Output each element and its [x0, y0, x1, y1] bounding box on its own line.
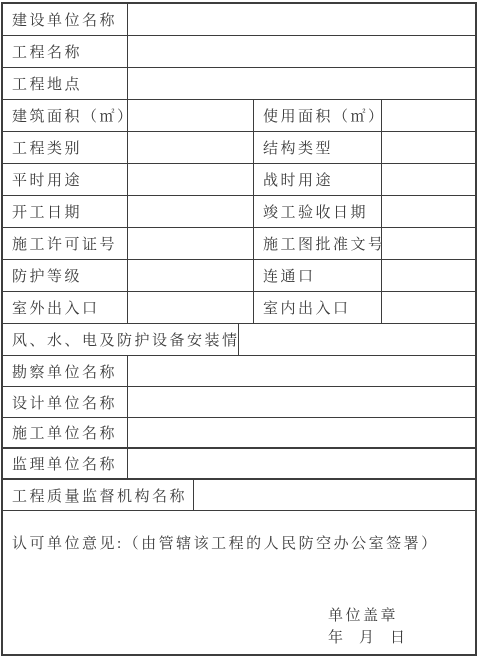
- construction-permit-no-field[interactable]: [128, 228, 254, 259]
- start-date-label: 开工日期: [3, 196, 128, 227]
- floor-area-label: 建筑面积（㎡）: [3, 100, 128, 131]
- project-location-label: 工程地点: [3, 68, 128, 99]
- day-label: 日: [390, 627, 405, 649]
- peacetime-use-field[interactable]: [128, 164, 254, 195]
- builder-unit-name-label: 施工单位名称: [3, 418, 128, 447]
- registration-form-table: 建设单位名称 工程名称 工程地点 建筑面积（㎡） 使用面积（㎡） 工程类别 结构…: [1, 2, 477, 656]
- row-project-name: 工程名称: [3, 36, 475, 68]
- construction-unit-name-label: 建设单位名称: [3, 4, 128, 35]
- year-label: 年: [328, 627, 343, 649]
- seal-and-date-block: 单位盖章 年 月 日: [328, 605, 405, 649]
- row-supervision-unit-name: 监理单位名称: [3, 449, 475, 480]
- floor-area-field[interactable]: [128, 100, 254, 131]
- completion-acceptance-date-label: 竣工验收日期: [254, 196, 382, 227]
- drawing-approval-no-field[interactable]: [382, 228, 475, 259]
- design-unit-name-label: 设计单位名称: [3, 387, 128, 417]
- row-floor-area-usable-area: 建筑面积（㎡） 使用面积（㎡）: [3, 100, 475, 132]
- row-survey-unit-name: 勘察单位名称: [3, 356, 475, 387]
- row-outdoor-indoor-entrance: 室外出入口 室内出入口: [3, 292, 475, 324]
- outdoor-entrance-field[interactable]: [128, 292, 254, 323]
- row-construction-unit-name: 建设单位名称: [3, 4, 475, 36]
- protection-grade-field[interactable]: [128, 260, 254, 291]
- construction-unit-name-field[interactable]: [128, 4, 475, 35]
- project-category-label: 工程类别: [3, 132, 128, 163]
- survey-unit-name-label: 勘察单位名称: [3, 356, 128, 386]
- row-design-unit-name: 设计单位名称: [3, 387, 475, 418]
- row-quality-supervision-org: 工程质量监督机构名称: [3, 480, 475, 511]
- row-protection-grade-connecting-port: 防护等级 连通口: [3, 260, 475, 292]
- project-category-field[interactable]: [128, 132, 254, 163]
- completion-acceptance-date-field[interactable]: [382, 196, 475, 227]
- usable-area-field[interactable]: [382, 100, 475, 131]
- outdoor-entrance-label: 室外出入口: [3, 292, 128, 323]
- row-project-location: 工程地点: [3, 68, 475, 100]
- approval-opinion-instruction: 认可单位意见:（由管辖该工程的人民防空办公室签署）: [3, 511, 475, 553]
- peacetime-use-label: 平时用途: [3, 164, 128, 195]
- drawing-approval-no-label: 施工图批准文号: [254, 228, 382, 259]
- usable-area-label: 使用面积（㎡）: [254, 100, 382, 131]
- start-date-field[interactable]: [128, 196, 254, 227]
- project-location-field[interactable]: [128, 68, 475, 99]
- row-builder-unit-name: 施工单位名称: [3, 418, 475, 449]
- wartime-use-field[interactable]: [382, 164, 475, 195]
- protection-grade-label: 防护等级: [3, 260, 128, 291]
- row-project-category-structure-type: 工程类别 结构类型: [3, 132, 475, 164]
- equipment-installation-label: 风、水、电及防护设备安装情况: [3, 324, 239, 355]
- structure-type-field[interactable]: [382, 132, 475, 163]
- supervision-unit-name-label: 监理单位名称: [3, 449, 128, 478]
- quality-supervision-org-field[interactable]: [194, 480, 475, 510]
- quality-supervision-org-label: 工程质量监督机构名称: [3, 480, 194, 510]
- builder-unit-name-field[interactable]: [128, 418, 475, 447]
- row-start-date-completion-date: 开工日期 竣工验收日期: [3, 196, 475, 228]
- unit-seal-label: 单位盖章: [328, 605, 405, 627]
- row-permit-no-approval-no: 施工许可证号 施工图批准文号: [3, 228, 475, 260]
- equipment-installation-field[interactable]: [239, 324, 475, 355]
- date-line: 年 月 日: [328, 627, 405, 649]
- project-name-field[interactable]: [128, 36, 475, 67]
- design-unit-name-field[interactable]: [128, 387, 475, 417]
- structure-type-label: 结构类型: [254, 132, 382, 163]
- survey-unit-name-field[interactable]: [128, 356, 475, 386]
- indoor-entrance-label: 室内出入口: [254, 292, 382, 323]
- approval-opinion-section[interactable]: 认可单位意见:（由管辖该工程的人民防空办公室签署） 单位盖章 年 月 日: [3, 511, 475, 654]
- supervision-unit-name-field[interactable]: [128, 449, 475, 478]
- connecting-port-field[interactable]: [382, 260, 475, 291]
- indoor-entrance-field[interactable]: [382, 292, 475, 323]
- wartime-use-label: 战时用途: [254, 164, 382, 195]
- project-name-label: 工程名称: [3, 36, 128, 67]
- row-equipment-installation: 风、水、电及防护设备安装情况: [3, 324, 475, 356]
- connecting-port-label: 连通口: [254, 260, 382, 291]
- month-label: 月: [359, 627, 374, 649]
- row-peacetime-wartime-use: 平时用途 战时用途: [3, 164, 475, 196]
- construction-permit-no-label: 施工许可证号: [3, 228, 128, 259]
